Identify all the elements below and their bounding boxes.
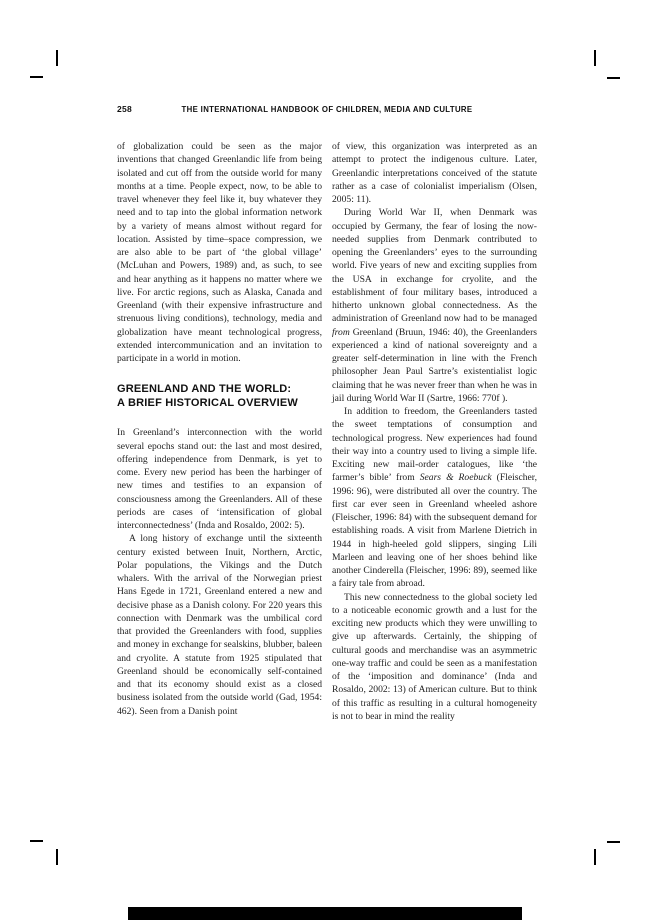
crop-mark-bottom-left-horizontal (30, 840, 43, 842)
text-segment: During World War II, when Denmark was oc… (332, 207, 537, 324)
text-segment: (Fleischer, 1996: 96), were distributed … (332, 472, 537, 589)
paragraph-globalization: of globalization could be seen as the ma… (117, 140, 322, 365)
paragraph-freedom-consumption: In addition to freedom, the Greenlanders… (332, 405, 537, 591)
scan-artifact-bar (128, 907, 522, 920)
paragraph-new-connectedness: This new connectedness to the global soc… (332, 591, 537, 724)
crop-mark-top-left-vertical (56, 50, 58, 66)
crop-mark-top-left-horizontal (30, 76, 43, 78)
paragraph-long-history: A long history of exchange until the six… (117, 532, 322, 718)
text-segment: Greenland (Bruun, 1946: 40), the Greenla… (332, 327, 537, 404)
two-column-text-block: of globalization could be seen as the ma… (117, 140, 537, 723)
book-page: 258 THE INTERNATIONAL HANDBOOK OF CHILDR… (0, 0, 650, 920)
crop-mark-bottom-left-vertical (56, 849, 58, 865)
page-header: 258 THE INTERNATIONAL HANDBOOK OF CHILDR… (117, 104, 537, 118)
section-heading-line1: GREENLAND AND THE WORLD: (117, 382, 322, 396)
crop-mark-bottom-right-horizontal (607, 841, 620, 843)
crop-mark-top-right-vertical (594, 50, 596, 66)
right-column: of view, this organization was interpret… (332, 140, 537, 723)
left-column: of globalization could be seen as the ma… (117, 140, 322, 723)
section-heading: GREENLAND AND THE WORLD: A BRIEF HISTORI… (117, 382, 322, 410)
text-segment-italic: Sears & Roebuck (420, 472, 492, 483)
paragraph-interconnection: In Greenland’s interconnection with the … (117, 426, 322, 532)
running-title: THE INTERNATIONAL HANDBOOK OF CHILDREN, … (117, 105, 537, 114)
section-heading-line2: A BRIEF HISTORICAL OVERVIEW (117, 396, 322, 410)
crop-mark-top-right-horizontal (607, 77, 620, 79)
paragraph-point-of-view: of view, this organization was interpret… (332, 140, 537, 206)
paragraph-world-war-ii: During World War II, when Denmark was oc… (332, 206, 537, 405)
crop-mark-bottom-right-vertical (594, 849, 596, 865)
text-segment-italic: from (332, 327, 350, 338)
